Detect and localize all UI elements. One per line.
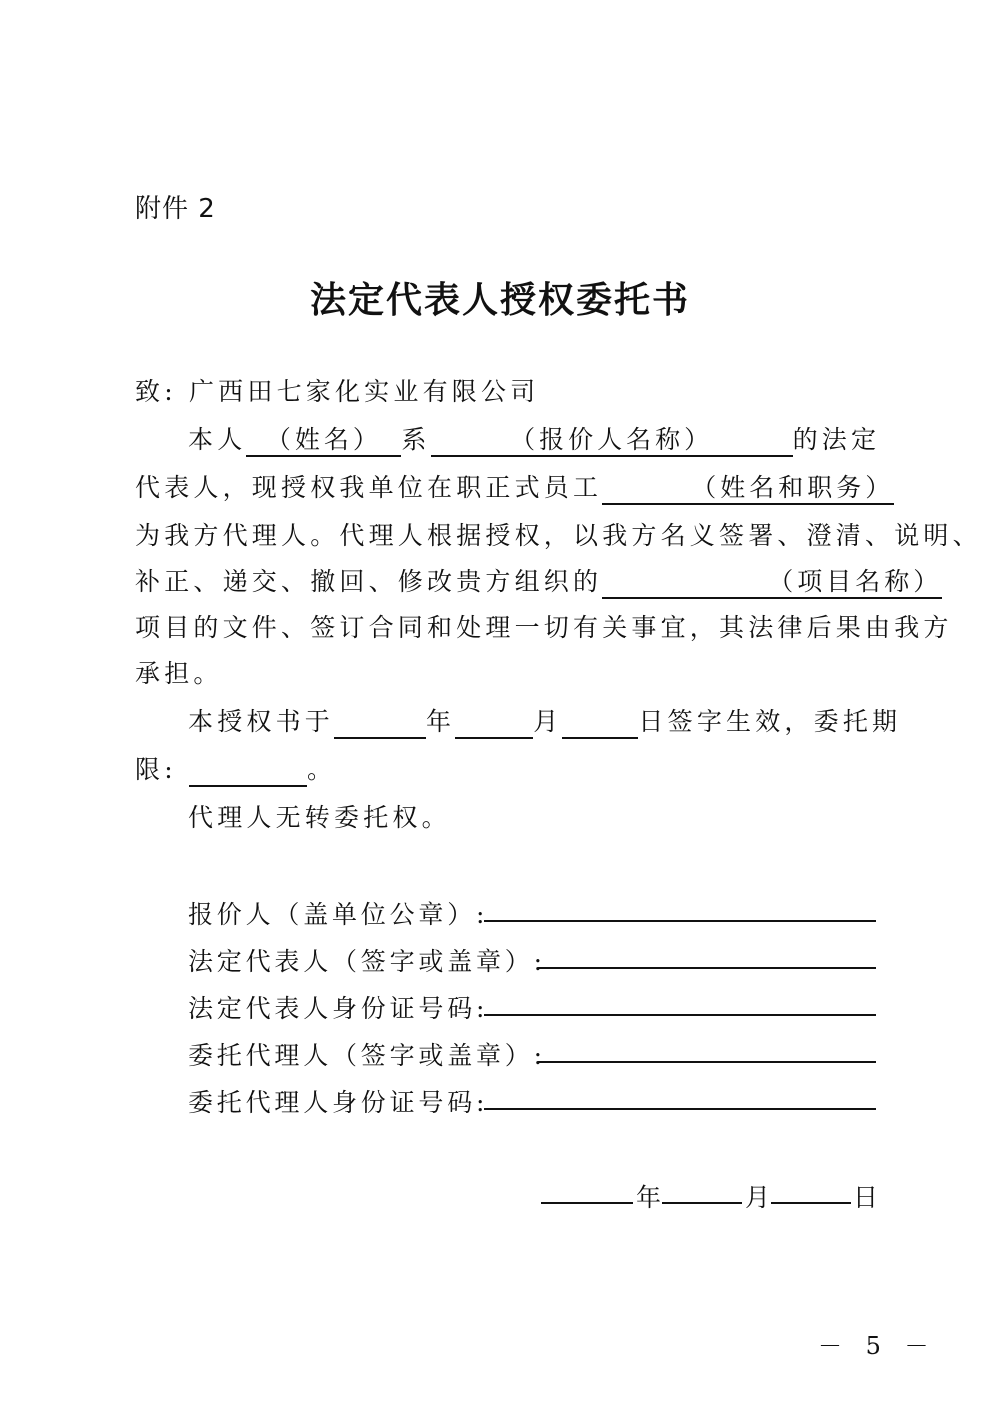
signature-field-bidder-seal[interactable] bbox=[484, 920, 876, 922]
signature-label: 委托代理人（签字或盖章）: bbox=[188, 1036, 546, 1072]
blank-legal-rep-name[interactable]: （姓名） bbox=[246, 425, 401, 457]
signature-row-agent: 委托代理人（签字或盖章）: bbox=[188, 1036, 546, 1072]
date-year-label: 年 bbox=[636, 1178, 661, 1214]
p1-text-2: 系 bbox=[401, 425, 430, 454]
addressee-line: 致: 广西田七家化实业有限公司 bbox=[135, 376, 539, 408]
blank-sign-year[interactable] bbox=[541, 1202, 633, 1204]
p1-line6: 承担。 bbox=[135, 658, 223, 690]
addressee-company: 广西田七家化实业有限公司 bbox=[189, 377, 539, 406]
signature-row-legal-rep-id: 法定代表人身份证号码: bbox=[188, 989, 488, 1025]
addressee-prefix: 致: bbox=[135, 377, 177, 406]
blank-bidder-name[interactable]: （报价人名称） bbox=[431, 425, 793, 457]
date-month-label: 月 bbox=[745, 1178, 770, 1214]
document-title: 法定代表人授权委托书 bbox=[0, 272, 1000, 323]
signature-field-agent-id[interactable] bbox=[484, 1108, 876, 1110]
attachment-label: 附件 2 bbox=[135, 188, 216, 225]
signature-row-bidder-seal: 报价人（盖单位公章）: bbox=[188, 895, 488, 931]
blank-effective-year[interactable] bbox=[334, 707, 426, 739]
p2-line1: 本授权书于 年 月 日签字生效，委托期 bbox=[188, 706, 901, 739]
p2-line2: 限: 。 bbox=[135, 754, 336, 787]
blank-sign-day[interactable] bbox=[771, 1202, 851, 1204]
p1-text-4: 代表人，现授权我单位在职正式员工 bbox=[135, 473, 602, 502]
p3-line: 代理人无转委托权。 bbox=[188, 802, 451, 834]
signature-label: 法定代表人（签字或盖章）: bbox=[188, 942, 546, 978]
signature-field-agent[interactable] bbox=[538, 1061, 876, 1063]
p1-line2: 代表人，现授权我单位在职正式员工（姓名和职务） bbox=[135, 472, 894, 505]
signature-label: 委托代理人身份证号码: bbox=[188, 1083, 488, 1119]
p1-text-5: 补正、递交、撤回、修改贵方组织的 bbox=[135, 567, 602, 596]
signature-field-legal-rep-id[interactable] bbox=[484, 1014, 876, 1016]
signature-label: 报价人（盖单位公章）: bbox=[188, 895, 488, 931]
blank-term[interactable] bbox=[189, 755, 307, 787]
p1-line3: 为我方代理人。代理人根据授权，以我方名义签署、澄清、说明、 bbox=[135, 520, 982, 552]
blank-effective-day[interactable] bbox=[562, 707, 638, 739]
p2-text-2: 日签字生效，委托期 bbox=[638, 707, 901, 736]
signature-label: 法定代表人身份证号码: bbox=[188, 989, 488, 1025]
p2-term-prefix: 限: bbox=[135, 755, 177, 784]
blank-project-name[interactable]: （项目名称） bbox=[602, 567, 942, 599]
p2-text-1: 本授权书于 bbox=[188, 707, 334, 736]
p1-line5: 项目的文件、签订合同和处理一切有关事宜，其法律后果由我方 bbox=[135, 612, 953, 644]
date-day-label: 日 bbox=[853, 1178, 878, 1214]
p2-year-label: 年 bbox=[426, 707, 455, 736]
p1-text-1: 本人 bbox=[188, 425, 246, 454]
blank-sign-month[interactable] bbox=[662, 1202, 742, 1204]
page-number: － 5 － bbox=[818, 1326, 937, 1361]
signature-field-legal-rep[interactable] bbox=[538, 967, 876, 969]
signature-row-agent-id: 委托代理人身份证号码: bbox=[188, 1083, 488, 1119]
p1-line4: 补正、递交、撤回、修改贵方组织的（项目名称） bbox=[135, 566, 942, 599]
blank-effective-month[interactable] bbox=[455, 707, 533, 739]
blank-agent-name-title[interactable]: （姓名和职务） bbox=[602, 473, 894, 505]
p2-month-label: 月 bbox=[533, 707, 562, 736]
p1-text-3: 的法定 bbox=[793, 425, 881, 454]
p1-line1: 本人（姓名）系（报价人名称）的法定 bbox=[188, 424, 880, 457]
signature-row-legal-rep: 法定代表人（签字或盖章）: bbox=[188, 942, 546, 978]
p2-term-suffix: 。 bbox=[307, 755, 336, 784]
